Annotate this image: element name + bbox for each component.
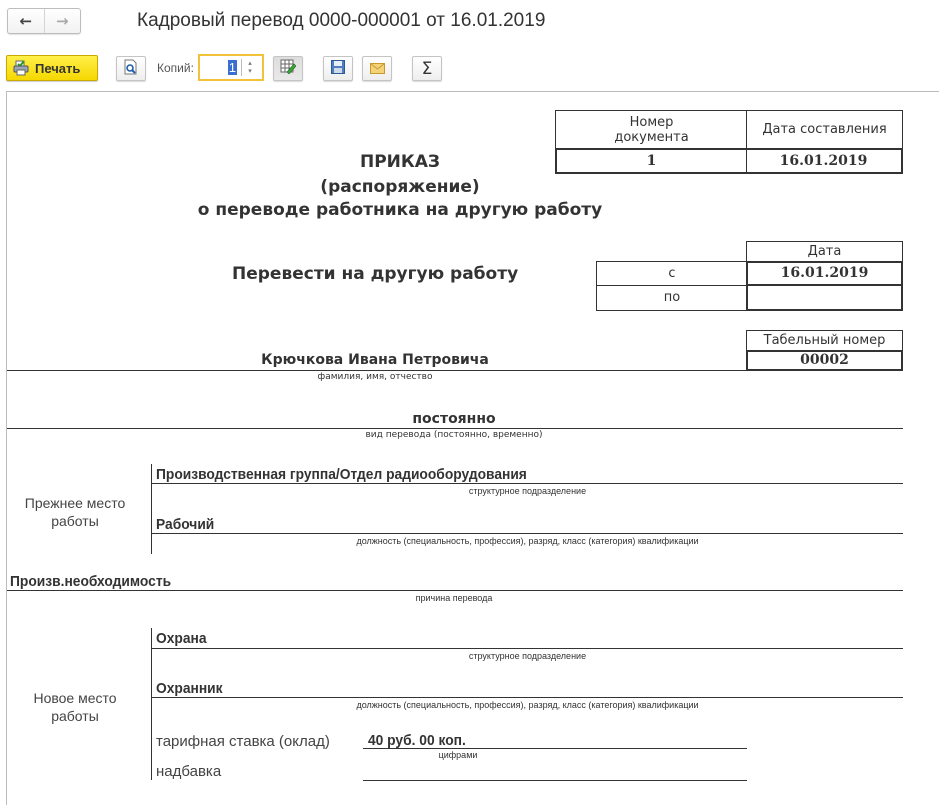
transfer-type: постоянно	[6, 411, 902, 427]
previous-place-label-line2: работы	[10, 512, 140, 530]
date-to-label: по	[596, 285, 747, 311]
new-department-line	[152, 648, 903, 649]
doc-date-value: 16.01.2019	[746, 148, 903, 174]
transfer-type-line	[7, 428, 903, 429]
date-to-value	[746, 284, 903, 311]
doc-title: ПРИКАЗ	[230, 152, 570, 172]
tab-number-header: Табельный номер	[746, 330, 903, 351]
edit-table-icon	[280, 59, 296, 78]
new-position: Охранник	[156, 680, 223, 697]
copies-value: 1	[228, 60, 237, 75]
new-department: Охрана	[156, 630, 207, 647]
bonus-label: надбавка	[156, 763, 221, 780]
new-department-caption: структурное подразделение	[152, 651, 903, 661]
new-position-caption: должность (специальность, профессия), ра…	[152, 700, 903, 710]
previous-department-line	[152, 483, 903, 484]
employee-name-line	[7, 370, 747, 371]
arrow-right-icon: →	[56, 12, 69, 30]
floppy-disk-icon	[331, 59, 345, 78]
navigation-buttons: ← →	[7, 8, 81, 34]
doc-date-header: Дата составления	[746, 110, 903, 149]
window-title: Кадровый перевод 0000-000001 от 16.01.20…	[137, 10, 545, 32]
print-button[interactable]: Печать	[6, 55, 98, 81]
transfer-reason-line	[7, 590, 903, 591]
previous-position-line	[152, 533, 903, 534]
rate-label: тарифная ставка (оклад)	[156, 733, 330, 750]
employee-name: Крючкова Ивана Петровича	[150, 352, 600, 368]
copies-input[interactable]: 1 ▴▾	[198, 54, 264, 81]
preview-icon	[124, 59, 138, 79]
rate-line	[363, 748, 747, 749]
transfer-type-caption: вид перевода (постоянно, временно)	[6, 430, 902, 440]
previous-department: Производственная группа/Отдел радиообору…	[156, 466, 527, 483]
previous-place-label: Прежнее место работы	[10, 494, 140, 530]
preview-button[interactable]	[116, 56, 146, 81]
new-place-label: Новое место работы	[10, 689, 140, 725]
arrow-left-icon: ←	[19, 12, 32, 30]
date-header: Дата	[746, 241, 903, 262]
previous-place-label-line1: Прежнее место	[10, 494, 140, 512]
date-from-label: с	[596, 261, 747, 286]
transfer-reason: Произв.необходимость	[10, 573, 171, 590]
employee-name-caption: фамилия, имя, отчество	[150, 372, 600, 382]
doc-number-header: Номер документа	[555, 110, 747, 149]
doc-number-value: 1	[555, 148, 747, 174]
rate-caption: цифрами	[363, 750, 553, 760]
save-button[interactable]	[323, 56, 353, 81]
date-from-value: 16.01.2019	[746, 261, 903, 286]
copies-label: Копий:	[157, 61, 194, 75]
transfer-reason-caption: причина перевода	[6, 593, 902, 603]
forward-button[interactable]: →	[45, 9, 81, 33]
printer-icon	[13, 60, 29, 76]
doc-number-header-line1: Номер	[630, 115, 674, 130]
edit-button[interactable]	[273, 56, 303, 81]
doc-number-header-line2: документа	[614, 130, 688, 145]
doc-subtitle: (распоряжение)	[230, 177, 570, 197]
new-position-line	[152, 697, 903, 698]
previous-position: Рабочий	[156, 516, 214, 533]
sum-button[interactable]: Σ	[412, 56, 442, 81]
new-place-label-line2: работы	[10, 707, 140, 725]
envelope-icon	[370, 59, 385, 78]
tab-number-value: 00002	[746, 350, 903, 371]
back-button[interactable]: ←	[8, 9, 45, 33]
rate-value: 40 руб. 00 коп.	[368, 732, 466, 749]
email-button[interactable]	[362, 56, 392, 81]
bonus-line	[363, 780, 747, 781]
doc-subject: о переводе работника на другую работу	[180, 200, 620, 220]
print-button-label: Печать	[35, 61, 80, 76]
new-place-label-line1: Новое место	[10, 689, 140, 707]
previous-position-caption: должность (специальность, профессия), ра…	[152, 536, 903, 546]
copies-spinner[interactable]: ▴▾	[241, 59, 258, 76]
previous-department-caption: структурное подразделение	[152, 486, 903, 496]
sigma-icon: Σ	[422, 59, 433, 79]
doc-action: Перевести на другую работу	[232, 264, 518, 284]
